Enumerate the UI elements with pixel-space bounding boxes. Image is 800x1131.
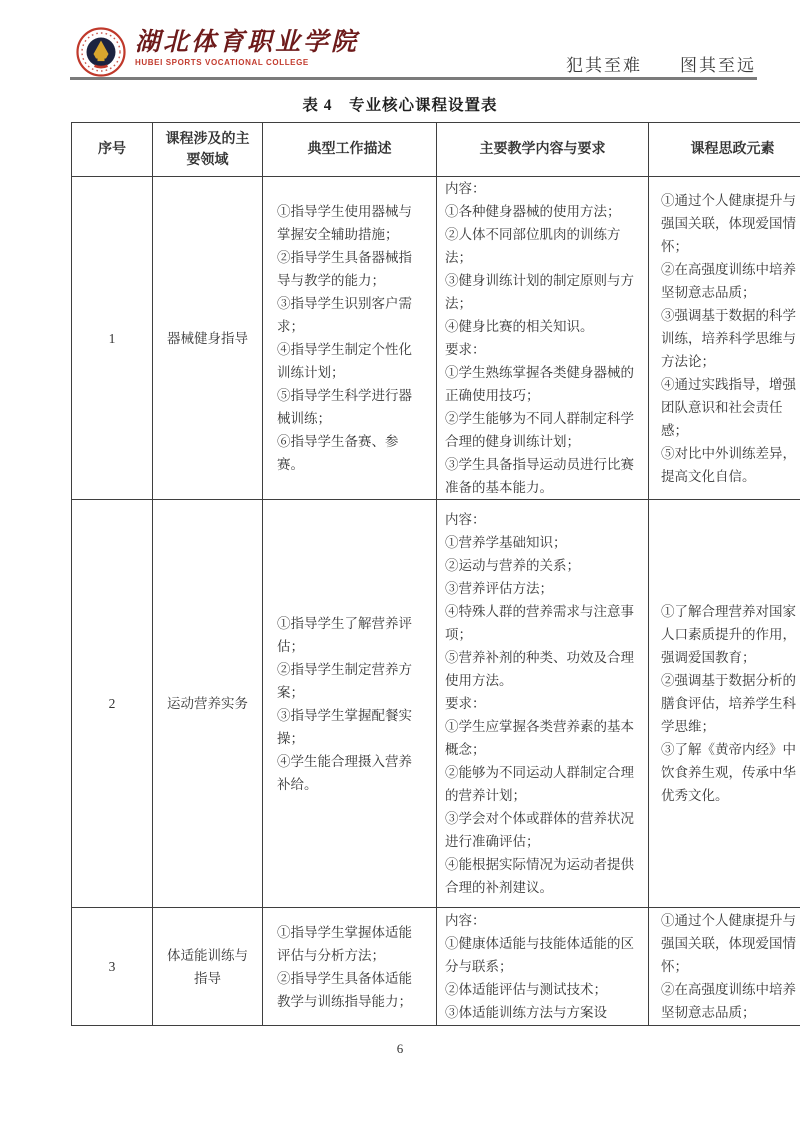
cell-tasks: ①指导学生掌握体适能评估与分析方法； ②指导学生具备体适能教学与训练指导能力； bbox=[263, 908, 437, 1026]
col-header-ideology: 课程思政元素 bbox=[649, 123, 800, 177]
cell-domain: 运动营养实务 bbox=[153, 500, 263, 908]
cell-domain: 器械健身指导 bbox=[153, 177, 263, 500]
table-header-row: 序号 课程涉及的主要领域 典型工作描述 主要教学内容与要求 课程思政元素 bbox=[72, 123, 800, 177]
table-row: 1 器械健身指导 ①指导学生使用器械与掌握安全辅助措施； ②指导学生具备器械指导… bbox=[72, 177, 800, 500]
school-name-en: HUBEI SPORTS VOCATIONAL COLLEGE bbox=[135, 58, 359, 67]
page-number: 6 bbox=[0, 1041, 800, 1057]
header-divider bbox=[70, 77, 757, 80]
cell-ideology: ①了解合理营养对国家人口素质提升的作用，强调爱国教育； ②强调基于数据分析的膳食… bbox=[649, 500, 800, 908]
table-title: 表 4 专业核心课程设置表 bbox=[0, 93, 800, 115]
cell-tasks: ①指导学生了解营养评估； ②指导学生制定营养方案； ③指导学生掌握配餐实操； ④… bbox=[263, 500, 437, 908]
col-header-content: 主要教学内容与要求 bbox=[437, 123, 649, 177]
core-course-table: 序号 课程涉及的主要领域 典型工作描述 主要教学内容与要求 课程思政元素 1 器… bbox=[71, 122, 800, 1026]
cell-ideology: ①通过个人健康提升与强国关联，体现爱国情怀； ②在高强度训练中培养坚韧意志品质； bbox=[649, 908, 800, 1026]
header-brand: 湖北体育职业学院 HUBEI SPORTS VOCATIONAL COLLEGE bbox=[76, 27, 359, 77]
cell-content: 内容： ①健康体适能与技能体适能的区分与联系； ②体适能评估与测试技术； ③体适… bbox=[437, 908, 649, 1026]
school-seal-icon bbox=[76, 27, 126, 77]
table-row: 3 体适能训练与指导 ①指导学生掌握体适能评估与分析方法； ②指导学生具备体适能… bbox=[72, 908, 800, 1026]
cell-content: 内容： ①各种健身器械的使用方法； ②人体不同部位肌肉的训练方法； ③健身训练计… bbox=[437, 177, 649, 500]
document-page: 湖北体育职业学院 HUBEI SPORTS VOCATIONAL COLLEGE… bbox=[0, 0, 800, 1131]
cell-content: 内容： ①营养学基础知识； ②运动与营养的关系； ③营养评估方法； ④特殊人群的… bbox=[437, 500, 649, 908]
col-header-tasks: 典型工作描述 bbox=[263, 123, 437, 177]
col-header-domain: 课程涉及的主要领域 bbox=[153, 123, 263, 177]
cell-seq: 3 bbox=[72, 908, 153, 1026]
cell-tasks: ①指导学生使用器械与掌握安全辅助措施； ②指导学生具备器械指导与教学的能力； ③… bbox=[263, 177, 437, 500]
school-name-cn: 湖北体育职业学院 bbox=[135, 30, 359, 56]
table-row: 2 运动营养实务 ①指导学生了解营养评估； ②指导学生制定营养方案； ③指导学生… bbox=[72, 500, 800, 908]
school-motto: 犯其至难 图其至远 bbox=[566, 51, 756, 76]
cell-ideology: ①通过个人健康提升与强国关联，体现爱国情怀； ②在高强度训练中培养坚韧意志品质；… bbox=[649, 177, 800, 500]
brand-text: 湖北体育职业学院 HUBEI SPORTS VOCATIONAL COLLEGE bbox=[135, 27, 359, 67]
cell-domain: 体适能训练与指导 bbox=[153, 908, 263, 1026]
col-header-seq: 序号 bbox=[72, 123, 153, 177]
cell-seq: 1 bbox=[72, 177, 153, 500]
cell-seq: 2 bbox=[72, 500, 153, 908]
